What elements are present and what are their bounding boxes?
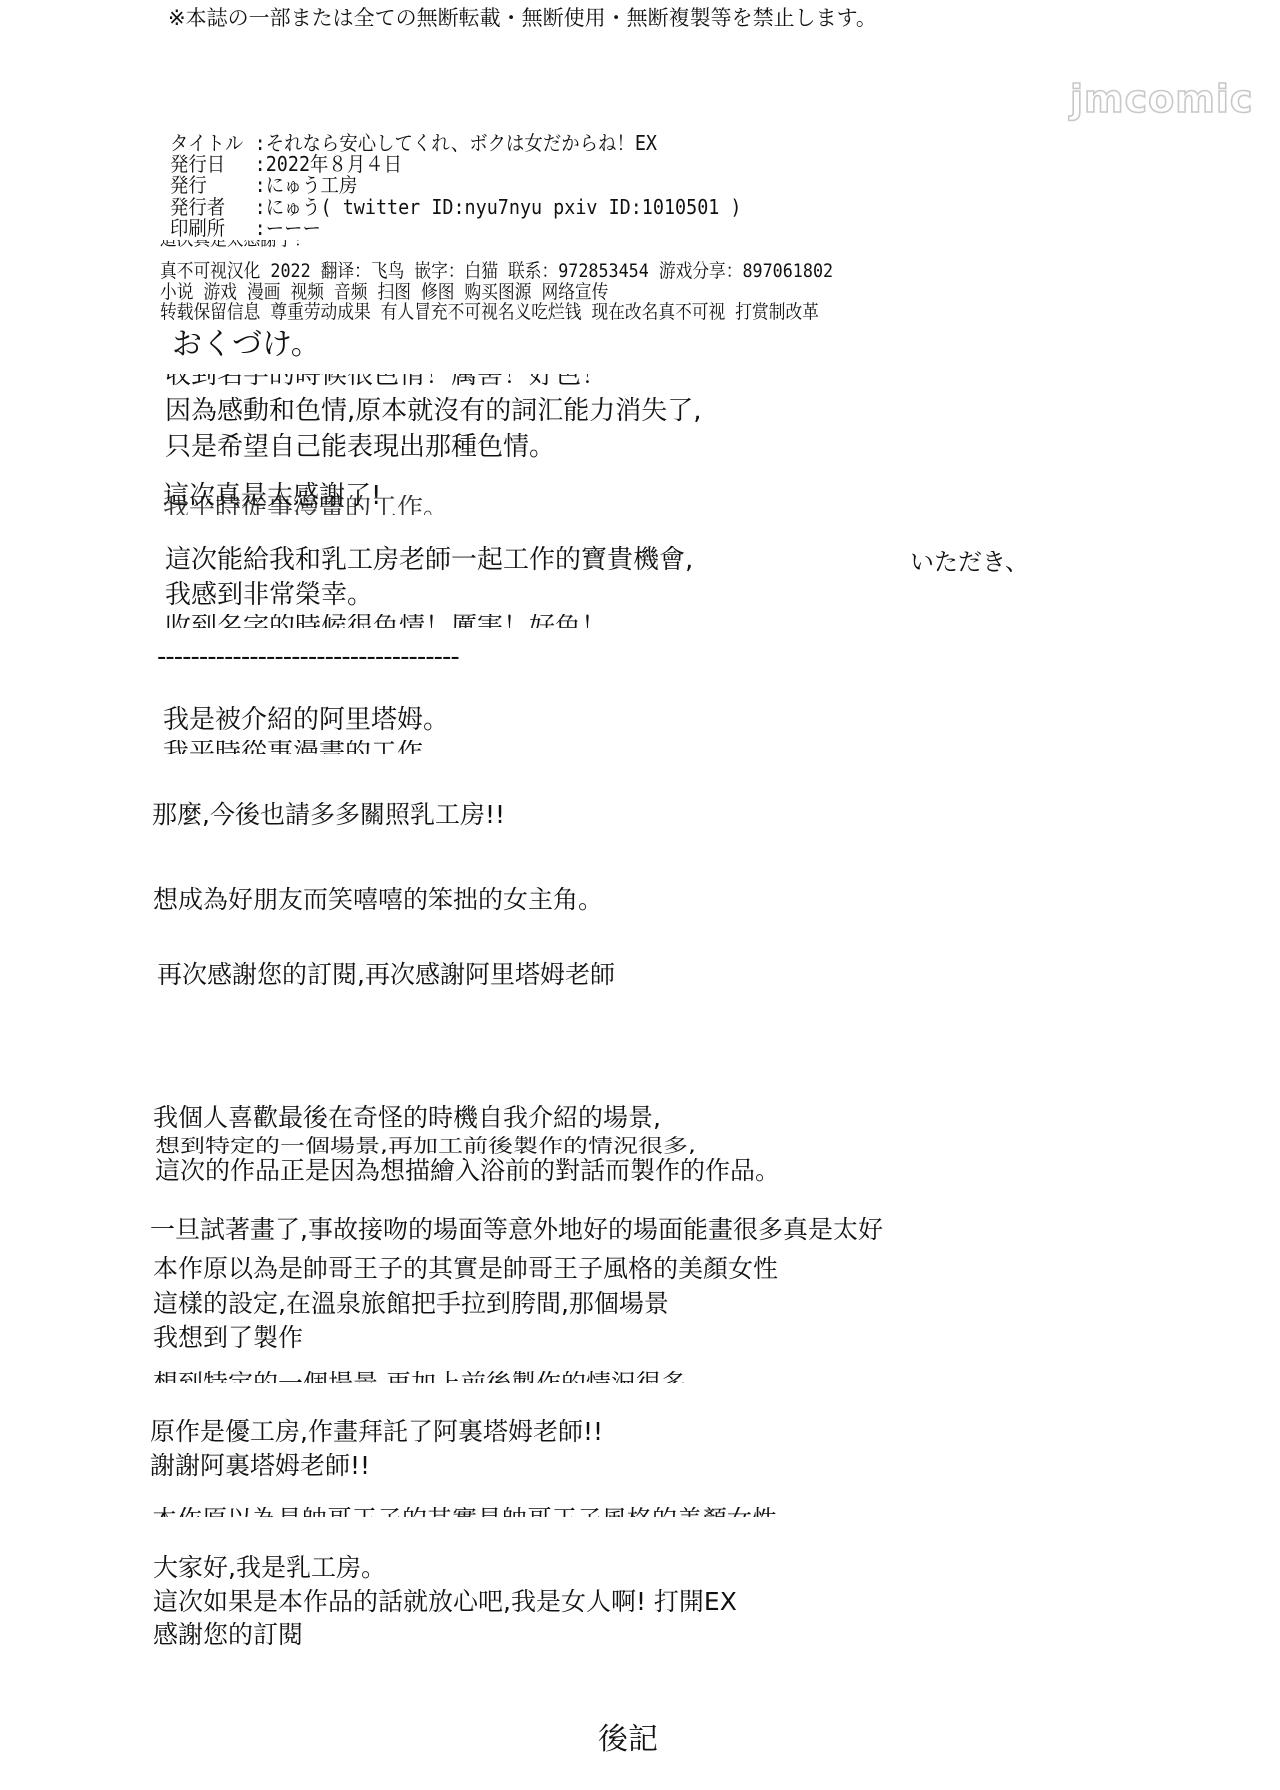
japanese-fragment: いただき、 — [910, 550, 1029, 574]
artist-note-line: 只是希望自己能表現出那種色情。 — [165, 434, 555, 460]
cut-line-top: 這次真是太感謝了！ — [160, 240, 310, 250]
translation-notice-line: 转载保留信息 尊重劳动成果 有人冒充不可视名义吃烂钱 现在改名真不可视 打赏制改… — [160, 303, 819, 322]
original-line: 謝謝阿裏塔姆老師!! — [150, 1453, 370, 1478]
colophon-row-publisher: 発行:にゅう工房 — [170, 175, 357, 195]
overlap-line: 我平時從事漫畫的工作。 — [163, 495, 449, 515]
author-closing: 那麼,今後也請多多關照乳工房!! — [152, 802, 505, 827]
setting-line: 這樣的設定,在溫泉旅館把手拉到胯間,那個場景 — [153, 1291, 669, 1316]
artist-note-line: 因為感動和色情,原本就沒有的詞汇能力消失了, — [165, 398, 702, 424]
translation-credit-line: 真不可视汉化 2022 翻译：飞鸟 嵌字：白猫 联系：972853454 游戏分… — [160, 262, 833, 281]
cut-line: 想到特定的一個場景,再加上前後製作的情況很多, — [153, 1371, 694, 1383]
cut-line: 本作原以為是帥哥王子的其實是帥哥王子風格的美顏女性 — [152, 1507, 777, 1517]
copyright-notice: ※本誌の一部または全ての無断転載・無断使用・無断複製等を禁止します。 — [168, 8, 877, 29]
cut-line: 我平時從事漫畫的工作。 — [163, 740, 449, 754]
author-thanks: 再次感謝您的訂閱,再次感謝阿里塔姆老師 — [157, 962, 615, 987]
page-title: 後記 — [598, 1725, 658, 1755]
hello-line: 這次如果是本作品的話就放心吧,我是女人啊! 打開EX — [153, 1589, 737, 1614]
watermark-logo: jmcomic — [1070, 80, 1253, 118]
scene-line: 我個人喜歡最後在奇怪的時機自我介紹的場景, — [153, 1105, 661, 1130]
setting-line: 本作原以為是帥哥王子的其實是帥哥王子風格的美顏女性 — [153, 1256, 778, 1281]
scene-line-squished: 想到特定的一個場景,再加工前後製作的情況很多, — [155, 1136, 696, 1155]
cut-line: 收到名字的時候很色情！厲害！好色！ — [165, 614, 607, 628]
hello-line: 感謝您的訂閱 — [153, 1622, 303, 1647]
setting-line: 我想到了製作 — [153, 1325, 303, 1350]
hello-line: 大家好,我是乳工房。 — [153, 1555, 386, 1580]
divider: ------------------------------------ — [157, 644, 459, 670]
translation-services-line: 小说 游戏 漫画 视频 音频 扫图 修图 购买图源 网络宣传 — [160, 283, 608, 302]
scene-line: 這次的作品正是因為想描繪入浴前的對話而製作的作品。 — [155, 1158, 780, 1183]
colophon-row-issuer: 発行者:にゅう( twitter ID:nyu7nyu pxiv ID:1010… — [170, 197, 742, 217]
author-heroine-line: 想成為好朋友而笑嘻嘻的笨拙的女主角。 — [153, 887, 603, 912]
colophon-row-date: 発行日:2022年８月４日 — [170, 154, 402, 174]
original-line: 原作是優工房,作畫拜託了阿裏塔姆老師!! — [150, 1419, 603, 1444]
artist-intro: 我是被介紹的阿里塔姆。 — [163, 707, 449, 733]
cut-line: 收到名字的時候很色情！厲害！好色！ — [165, 374, 607, 388]
colophon-row-title: タイトル:それなら安心してくれ、ボクは女だからね！EX — [170, 133, 657, 153]
colophon-row-printer: 印刷所:ーーー — [170, 218, 321, 238]
artist-note-line: 我感到非常榮幸。 — [165, 582, 373, 608]
artist-note-line: 這次能給我和乳工房老師一起工作的寶貴機會, — [165, 547, 693, 573]
colophon-heading: おくづけ。 — [172, 330, 321, 360]
drawn-line: 一旦試著畫了,事故接吻的場面等意外地好的場面能畫很多真是太好 — [150, 1217, 883, 1242]
